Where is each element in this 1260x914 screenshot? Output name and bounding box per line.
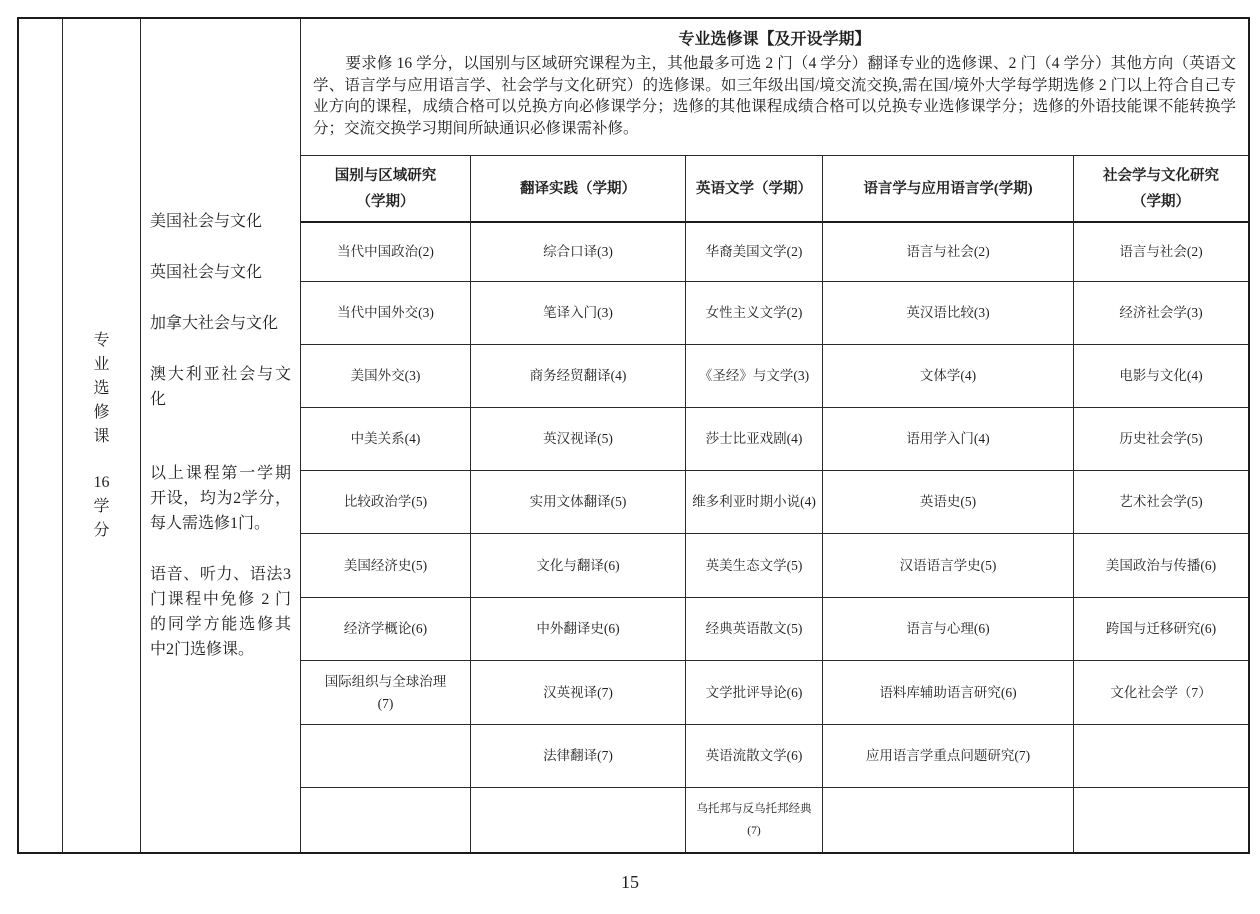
curriculum-table: 专 业 选 修 课 16 学 分 美国社会与文化 英国社会与文化 加拿大社会与文… xyxy=(17,17,1250,854)
course-cell: 英汉语比较(3) xyxy=(823,282,1074,345)
note-paragraph: 语音、听力、语法3门课程中免修 2 门的同学方能选修其中2门选修课。 xyxy=(150,562,291,662)
credits-char: 学 xyxy=(93,495,109,519)
course-cell: 语用学入门(4) xyxy=(823,408,1074,471)
course-cell: 维多利亚时期小说(4) xyxy=(686,471,823,534)
course-cell: 综合口译(3) xyxy=(471,223,686,282)
course-cell: 经济社会学(3) xyxy=(1074,282,1248,345)
course-cell: 中美关系(4) xyxy=(301,408,471,471)
course-cell: 跨国与迁移研究(6) xyxy=(1074,598,1248,661)
section-description: 要求修 16 学分，以国别与区域研究课程为主，其他最多可选 2 门（4 学分）翻… xyxy=(313,53,1236,139)
course-cell: 英语史(5) xyxy=(823,471,1074,534)
course-cell: 商务经贸翻译(4) xyxy=(471,345,686,408)
course-cell: 文化社会学（7） xyxy=(1074,661,1248,725)
category-char: 课 xyxy=(93,425,109,449)
course-cell: 美国政治与传播(6) xyxy=(1074,534,1248,598)
course-cell: 美国外交(3) xyxy=(301,345,471,408)
course-cell: 经典英语散文(5) xyxy=(686,598,823,661)
course-cell: 比较政治学(5) xyxy=(301,471,471,534)
credits-char: 分 xyxy=(93,519,109,543)
course-cell: 女性主义文学(2) xyxy=(686,282,823,345)
empty-left-column xyxy=(19,19,63,852)
course-cell: 语言与心理(6) xyxy=(823,598,1074,661)
note-paragraph: 美国社会与文化 xyxy=(150,209,291,234)
note-paragraph: 加拿大社会与文化 xyxy=(150,311,291,336)
note-paragraph: 以上课程第一学期开设，均为2学分，每人需选修1门。 xyxy=(150,461,291,536)
category-char: 业 xyxy=(93,353,109,377)
course-cell: 乌托邦与反乌托邦经典(7) xyxy=(686,788,823,852)
course-cell: 汉英视译(7) xyxy=(471,661,686,725)
course-cell-empty xyxy=(301,725,471,788)
column-header-linguistics: 语言学与应用语言学(学期) xyxy=(823,156,1074,223)
column-header-country-region: 国别与区域研究 （学期） xyxy=(301,156,471,223)
course-cell: 电影与文化(4) xyxy=(1074,345,1248,408)
course-cell: 《圣经》与文学(3) xyxy=(686,345,823,408)
category-char: 选 xyxy=(93,377,109,401)
course-cell: 文体学(4) xyxy=(823,345,1074,408)
note-paragraph: 英国社会与文化 xyxy=(150,260,291,285)
category-char: 修 xyxy=(93,401,109,425)
credits-char: 16 xyxy=(94,471,110,495)
course-cell: 当代中国政治(2) xyxy=(301,223,471,282)
course-cell: 华裔美国文学(2) xyxy=(686,223,823,282)
course-cell: 英语流散文学(6) xyxy=(686,725,823,788)
course-cell-empty xyxy=(301,788,471,852)
course-cell: 艺术社会学(5) xyxy=(1074,471,1248,534)
course-cell: 语言与社会(2) xyxy=(1074,223,1248,282)
column-header-translation: 翻译实践（学期） xyxy=(471,156,686,223)
course-cell: 英美生态文学(5) xyxy=(686,534,823,598)
course-cell: 经济学概论(6) xyxy=(301,598,471,661)
notes-column: 美国社会与文化 英国社会与文化 加拿大社会与文化 澳大利亚社会与文化 以上课程第… xyxy=(141,19,301,852)
course-cell: 历史社会学(5) xyxy=(1074,408,1248,471)
page-number: 15 xyxy=(0,872,1260,893)
course-cell: 法律翻译(7) xyxy=(471,725,686,788)
course-cell: 应用语言学重点问题研究(7) xyxy=(823,725,1074,788)
course-cell-empty xyxy=(823,788,1074,852)
course-cell-empty xyxy=(1074,725,1248,788)
course-cell: 中外翻译史(6) xyxy=(471,598,686,661)
category-char: 专 xyxy=(93,329,109,353)
course-cell: 实用文体翻译(5) xyxy=(471,471,686,534)
course-cell: 当代中国外交(3) xyxy=(301,282,471,345)
course-cell: 美国经济史(5) xyxy=(301,534,471,598)
course-cell: 笔译入门(3) xyxy=(471,282,686,345)
course-cell: 文学批评导论(6) xyxy=(686,661,823,725)
column-header-sociology-culture: 社会学与文化研究 （学期） xyxy=(1074,156,1248,223)
course-cell-empty xyxy=(471,788,686,852)
category-label-column: 专 业 选 修 课 16 学 分 xyxy=(63,19,141,852)
course-cell-empty xyxy=(1074,788,1248,852)
section-header-cell: 专业选修课【及开设学期】 要求修 16 学分，以国别与区域研究课程为主，其他最多… xyxy=(301,19,1248,156)
course-cell: 国际组织与全球治理 (7) xyxy=(301,661,471,725)
course-cell: 汉语语言学史(5) xyxy=(823,534,1074,598)
course-cell: 语料库辅助语言研究(6) xyxy=(823,661,1074,725)
course-cell: 文化与翻译(6) xyxy=(471,534,686,598)
note-paragraph: 澳大利亚社会与文化 xyxy=(150,362,291,412)
column-header-english-literature: 英语文学（学期） xyxy=(686,156,823,223)
section-title: 专业选修课【及开设学期】 xyxy=(313,29,1236,51)
course-cell: 语言与社会(2) xyxy=(823,223,1074,282)
course-cell: 莎士比亚戏剧(4) xyxy=(686,408,823,471)
course-cell: 英汉视译(5) xyxy=(471,408,686,471)
